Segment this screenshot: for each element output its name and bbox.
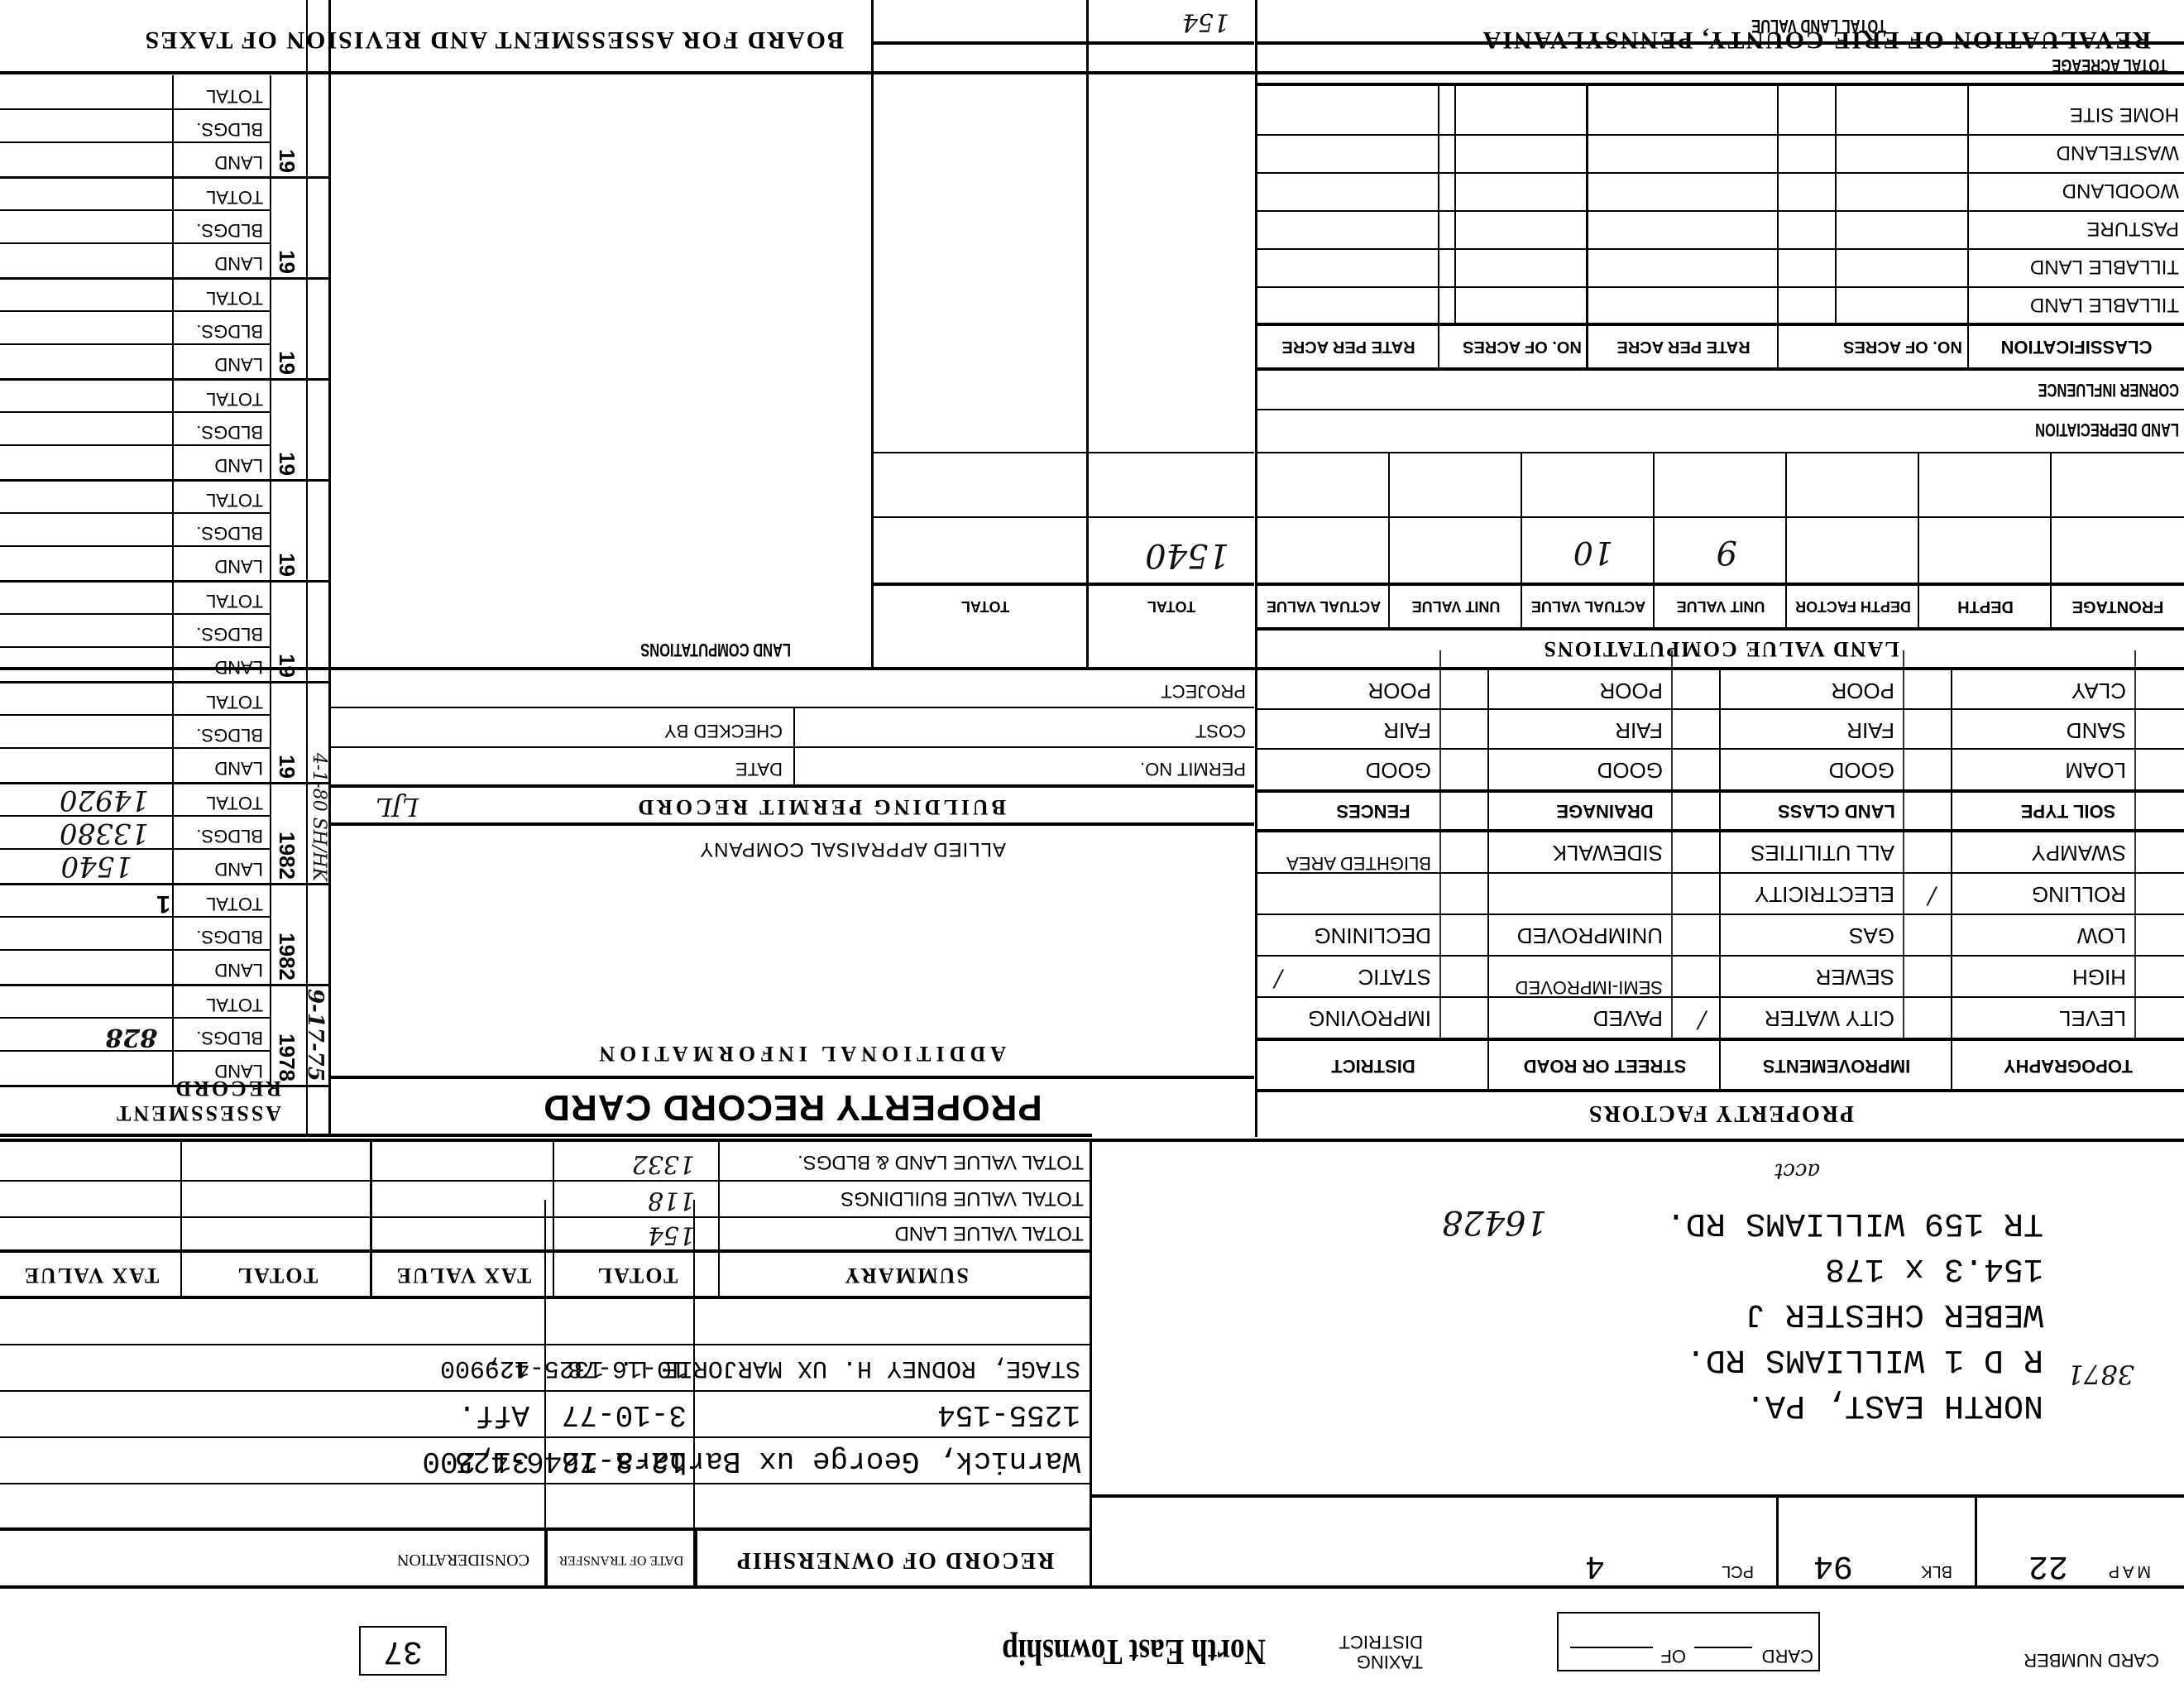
- address-line-owner: WEBER CHESTER J: [1746, 1295, 2043, 1332]
- record-card-title: PROPERTY RECORD CARD: [331, 1081, 1254, 1134]
- land-total-hand: 1540: [1145, 536, 1229, 574]
- record-card-panel: PROPERTY RECORD CARD ADDITIONAL INFORMAT…: [331, 670, 1254, 1134]
- permit-no-label: PERMIT NO.: [1140, 758, 1246, 779]
- factor-rows-2: LOAM SAND CLAY GOOD FAIR POOR GOOD FAIR …: [1257, 670, 2184, 789]
- corner-influence-label: CORNER INFLUENCE: [2038, 379, 2179, 400]
- factor-header-drainage: DRAINAGE: [1489, 793, 1721, 829]
- factor-all-utilities: ALL UTILITIES: [1751, 840, 1894, 866]
- county-title: REVALUATION OF ERIE COUNTY, PENNSYLVANIA: [1482, 26, 2151, 54]
- assessment-block: 9-17-75 1978 LAND BLDGS. TOTAL 828: [0, 986, 331, 1087]
- factor-level: LEVEL: [2059, 1005, 2126, 1031]
- check-static: /: [1275, 966, 1282, 993]
- box-number: 37: [359, 1626, 447, 1676]
- factor-header-topography: TOPOGRAPHY: [1952, 1043, 2184, 1089]
- factor-improving: IMPROVING: [1308, 1005, 1431, 1031]
- owner-warnick: Warnick, George ux Barbara 1246-425: [455, 1444, 1080, 1478]
- blk-value: 94: [1813, 1547, 1853, 1584]
- parcel-row: MAP 22 BLK 94 PCL 4: [1092, 1498, 2167, 1589]
- class-woodland: WOODLAND: [2062, 179, 2179, 202]
- assessment-year: 1982: [274, 832, 299, 880]
- factor-header-district: DISTRICT: [1257, 1043, 1489, 1089]
- assessment-block: 19 LAND BLDGS. TOTAL: [0, 583, 331, 683]
- actual-value-hand: 10: [1573, 535, 1613, 571]
- appraisal-company: ALLIED APPRAISAL COMPANY: [699, 837, 1006, 861]
- of-label: OF: [1660, 1645, 1686, 1666]
- factor-sidewalk: SIDEWALK: [1553, 840, 1663, 866]
- permit-date-label: DATE: [735, 758, 783, 779]
- board-title: BOARD FOR ASSESSMENT AND REVISION OF TAX…: [144, 26, 844, 54]
- assessment-block: 19 LAND BLDGS. TOTAL: [0, 78, 331, 179]
- check-electricity: /: [1928, 883, 1936, 910]
- side-number: 3871: [2067, 1359, 2134, 1390]
- land-value-title: LAND VALUE COMPUTATIONS: [1257, 631, 2184, 667]
- assessment-block: 19 LAND BLDGS. TOTAL: [0, 280, 331, 381]
- address-line-city: NORTH EAST, PA.: [1746, 1386, 2043, 1423]
- total-land-value-hand: 154: [1182, 7, 1229, 36]
- building-permit-table: PERMIT NO. DATE COST CHECKED BY PROJECT: [331, 670, 1254, 786]
- assessment-record: ASSESSMENT RECORD 9-17-75 1978 LAND BLDG…: [0, 0, 331, 1137]
- factor-header-land-class: LAND CLASS: [1721, 793, 1952, 829]
- assessment-block: 1982 LAND BLDGS. TOTAL 1: [0, 885, 331, 986]
- check-paved: /: [1698, 1007, 1706, 1034]
- class-wasteland: WASTELAND: [2057, 141, 2179, 164]
- factor-sewer: SEWER: [1816, 964, 1894, 990]
- handwritten-note: acct: [1774, 1158, 1820, 1183]
- soil-sand: SAND: [2067, 717, 2126, 743]
- assessment-block: 19 LAND BLDGS. TOTAL: [0, 482, 331, 583]
- ownership-row: STAGE, RODNEY H. UX MARJORIE L. 1325-129…: [0, 1344, 1092, 1390]
- taxing-district-label: TAXING DISTRICT: [1307, 1632, 1423, 1671]
- land-value-section: LAND VALUE COMPUTATIONS FRONTAGE DEPTH D…: [1257, 0, 2184, 667]
- factor-low: LOW: [2077, 923, 2126, 948]
- factor-high: HIGH: [2072, 964, 2126, 990]
- factor-header-improvements: IMPROVEMENTS: [1721, 1043, 1952, 1089]
- ownership-row: [0, 1483, 1092, 1529]
- land-value-columns: FRONTAGE DEPTH DEPTH FACTOR UNIT VALUE A…: [1257, 586, 2184, 627]
- land-value-row-1: 9 10: [1257, 518, 2184, 584]
- col-date-transfer: DATE OF TRANSFER: [546, 1531, 695, 1589]
- factor-city-water: CITY WATER: [1765, 1005, 1894, 1031]
- factor-paved: PAVED: [1593, 1005, 1663, 1031]
- factor-rolling: ROLLING: [2032, 881, 2126, 907]
- ownership-title: RECORD OF OWNERSHIP: [695, 1531, 1092, 1589]
- property-factors: PROPERTY FACTORS TOPOGRAPHY IMPROVEMENTS…: [1257, 670, 2184, 1134]
- assessed-bldgs: 13380: [60, 817, 149, 850]
- factor-header-soil: SOIL TYPE: [1952, 793, 2184, 829]
- factor-header-fences: FENCES: [1257, 793, 1489, 829]
- summary-title: SUMMARY: [720, 1254, 1092, 1296]
- pcl-label: PCL: [1722, 1561, 1754, 1580]
- unit-value-hand: 9: [1717, 533, 1737, 571]
- assessment-block: 19 LAND BLDGS. TOTAL: [0, 683, 331, 784]
- map-label: MAP: [2105, 1561, 2151, 1580]
- assessment-year: 1982: [274, 933, 299, 981]
- factor-unimproved: UNIMPROVED: [1517, 923, 1663, 948]
- assessed-land: 1540: [60, 850, 132, 883]
- class-tillable-2: TILLABLE LAND: [2030, 255, 2179, 278]
- factors-grid: TOPOGRAPHY IMPROVEMENTS STREET OR ROAD D…: [1257, 670, 2184, 1089]
- ownership-row: Warnick, George ux Barbara 1246-425 12-8…: [0, 1436, 1092, 1483]
- permit-cost-label: COST: [1195, 720, 1246, 741]
- blk-label: BLK: [1921, 1561, 1952, 1580]
- class-pasture: PASTURE: [2086, 217, 2179, 240]
- property-record-card-rotated: CARD NUMBER CARD OF TAXING DISTRICT Nort…: [0, 0, 2184, 1688]
- address-line-tr: TR 159 WILLIAMS RD.: [1666, 1204, 2043, 1241]
- taxing-district-value: North East Township: [1002, 1631, 1266, 1673]
- class-tillable-1: TILLABLE LAND: [2030, 293, 2179, 316]
- assessed-total: 14920: [60, 784, 149, 817]
- card-label: CARD: [1762, 1645, 1813, 1666]
- summary-row-land: TOTAL VALUE LAND 154: [0, 1216, 1092, 1249]
- property-factors-title: PROPERTY FACTORS: [1257, 1092, 2184, 1134]
- additional-info-label: ADDITIONAL INFORMATION: [594, 1041, 1006, 1066]
- factor-swampy: SWAMPY: [2031, 840, 2126, 866]
- ownership-row: 1255-154 3-10-77 Aff.: [0, 1390, 1092, 1436]
- permit-checked-by-label: CHECKED BY: [664, 720, 783, 741]
- factor-blighted-area: BLIGHTED AREA: [1282, 854, 1431, 872]
- factor-header-street: STREET OR ROAD: [1489, 1043, 1721, 1089]
- land-computations: TOTAL TOTAL 1540 154 LAND COMPUTATIONS: [331, 0, 1254, 667]
- ownership-row: [0, 1297, 1092, 1344]
- class-home-site: HOME SITE: [2070, 103, 2179, 126]
- assessment-blocks: 9-17-75 1978 LAND BLDGS. TOTAL 828 1982 …: [0, 0, 331, 1087]
- summary-row-total: TOTAL VALUE LAND & BLDGS. 1332: [0, 1144, 1092, 1180]
- summary-row-buildings: TOTAL VALUE BUILDINGS 118: [0, 1180, 1092, 1216]
- land-computations-label: LAND COMPUTATIONS: [640, 639, 791, 660]
- col-consideration: CONSIDERATION: [0, 1531, 546, 1589]
- assessment-block-1982: 4-1-80 SH/HK 1982 LAND BLDGS. TOTAL 1540…: [0, 784, 331, 885]
- permit-initials: LJL: [376, 792, 419, 821]
- permit-project-label: PROJECT: [1161, 680, 1246, 702]
- address-line-rd: R D 1 WILLIAMS RD.: [1686, 1340, 2043, 1378]
- address-line-dims: 154.3 x 178: [1825, 1249, 2043, 1287]
- soil-clay: CLAY: [2071, 678, 2126, 703]
- assessment-block: 19 LAND BLDGS. TOTAL: [0, 179, 331, 280]
- summary-table: SUMMARY TOTAL TAX VALUE TOTAL TAX VALUE …: [0, 1142, 1092, 1299]
- factor-semi-improved: SEMI-IMPROVED: [1497, 978, 1663, 996]
- assessment-block: 19 LAND BLDGS. TOTAL: [0, 381, 331, 482]
- card-of-box: CARD OF: [1557, 1612, 1820, 1671]
- soil-loam: LOAM: [2065, 757, 2126, 783]
- land-depreciation-label: LAND DEPRECIATION: [2035, 419, 2179, 440]
- pcl-value: 4: [1585, 1547, 1605, 1584]
- factor-gas: GAS: [1849, 923, 1894, 948]
- building-permit-title: BUILDING PERMIT RECORD: [635, 794, 1006, 819]
- assessment-year: 1978: [274, 1033, 299, 1081]
- factor-static: STATIC: [1358, 964, 1431, 990]
- classification-table: CLASSIFICATION NO. OF ACRES RATE PER ACR…: [1257, 45, 2184, 367]
- map-value: 22: [2028, 1547, 2068, 1584]
- factor-electricity: ELECTRICITY: [1755, 881, 1894, 907]
- card-number-label: CARD NUMBER: [2024, 1650, 2159, 1670]
- factor-declining: DECLINING: [1314, 923, 1431, 948]
- handwritten-value: 16428: [1442, 1203, 1547, 1241]
- factor-rows-1: LEVEL HIGH LOW ROLLING SWAMPY CITY WATER…: [1257, 832, 2184, 1039]
